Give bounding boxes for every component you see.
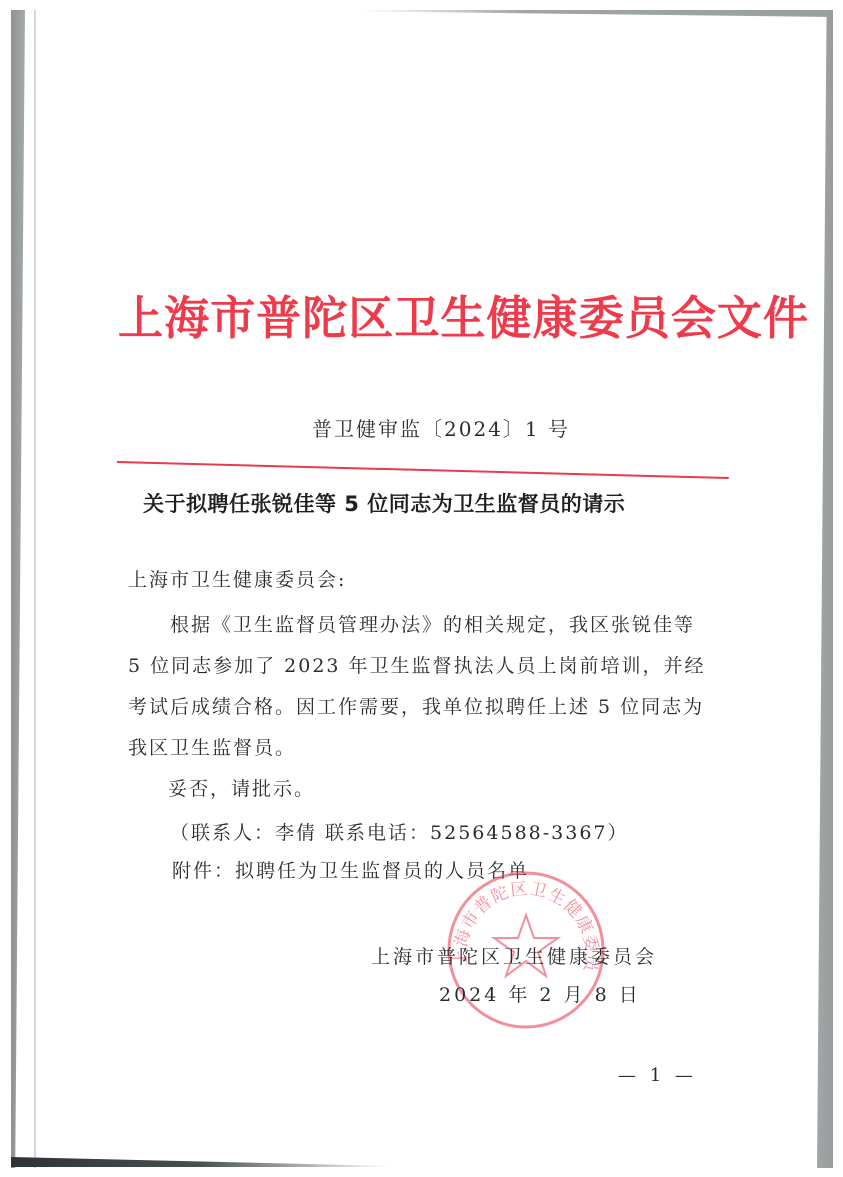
body-line: 我区卫生监督员。 bbox=[128, 733, 296, 760]
scan-edge-left-line bbox=[34, 10, 36, 1168]
document-header-title: 上海市普陀区卫生健康委员会文件 bbox=[118, 282, 726, 348]
scan-edge-top bbox=[360, 10, 833, 17]
header-divider-rule bbox=[117, 461, 729, 479]
body-line: 5 位同志参加了 2023 年卫生监督执法人员上岗前培训，并经 bbox=[128, 651, 706, 678]
scan-edge-right bbox=[817, 10, 833, 1168]
recipient-line: 上海市卫生健康委员会: bbox=[128, 565, 346, 592]
scan-edge-left bbox=[11, 10, 25, 1168]
document-subject: 关于拟聘任张锐佳等 5 位同志为卫生监督员的请示 bbox=[143, 488, 625, 518]
body-line: 根据《卫生监督员管理办法》的相关规定，我区张锐佳等 bbox=[170, 610, 695, 637]
signer-organization: 上海市普陀区卫生健康委员会 bbox=[371, 942, 657, 969]
contact-line: （联系人：李倩 联系电话：52564588-3367） bbox=[170, 818, 629, 845]
page-number: — 1 — bbox=[618, 1065, 697, 1086]
document-number: 普卫健审监〔2024〕1 号 bbox=[312, 413, 570, 442]
body-line: 考试后成绩合格。因工作需要，我单位拟聘任上述 5 位同志为 bbox=[128, 692, 704, 719]
closing-line: 妥否，请批示。 bbox=[168, 774, 315, 801]
attachment-line: 附件：拟聘任为卫生监督员的人员名单 bbox=[172, 856, 529, 883]
scan-edge-bottom bbox=[11, 1157, 391, 1167]
document-date: 2024 年 2 月 8 日 bbox=[439, 980, 641, 1007]
